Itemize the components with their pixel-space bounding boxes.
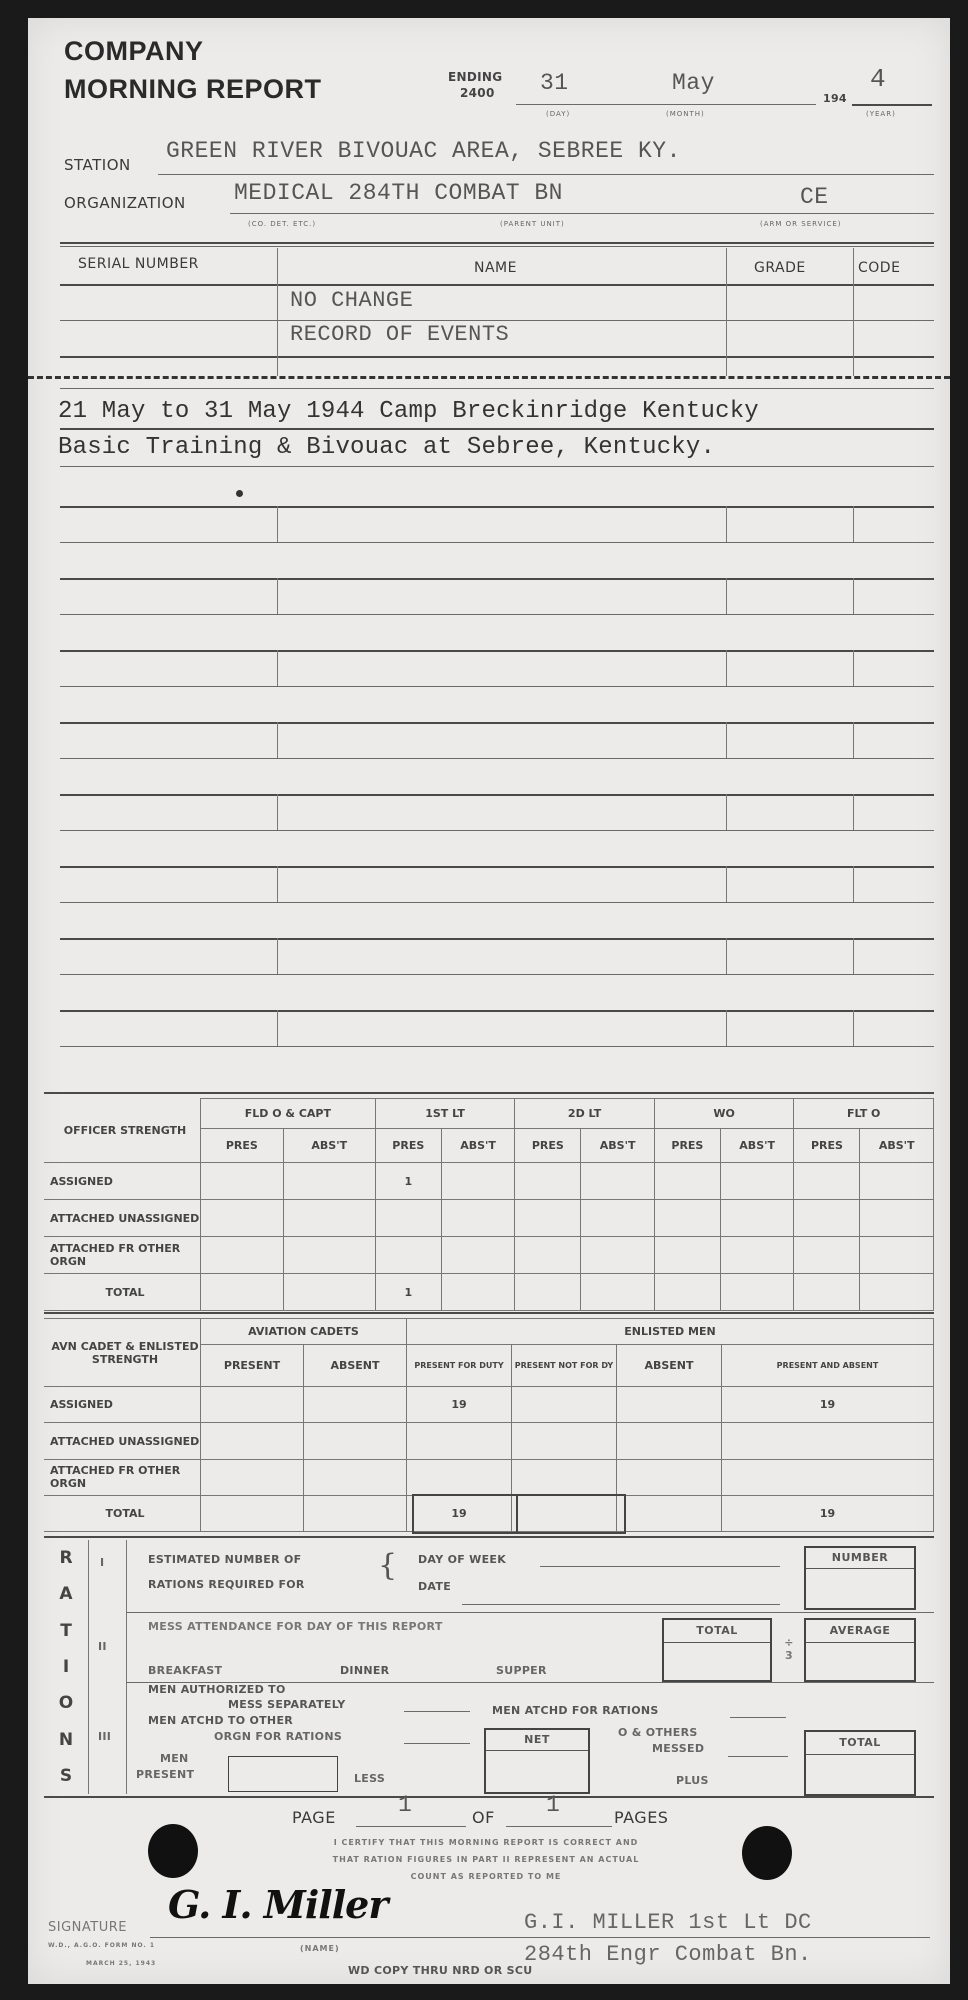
enlisted-row-label: ATTACHED UNASSIGNED [44,1423,201,1459]
enlisted-row-label: ATTACHED FR OTHER ORGN [44,1459,201,1495]
officer-cell[interactable] [515,1163,581,1200]
officer-row-label: TOTAL [44,1274,201,1311]
enlisted-cell[interactable] [407,1459,512,1495]
atchd-for-rations-label: MEN ATCHD FOR RATIONS [492,1704,659,1717]
of-label: OF [472,1808,495,1827]
enlisted-cell[interactable] [512,1387,617,1423]
officer-cell[interactable] [654,1274,720,1311]
organization-value: MEDICAL 284TH COMBAT BN [234,180,563,206]
punch-hole-left [148,1824,198,1878]
entry-record-of-events: RECORD OF EVENTS [290,322,509,347]
group-1st-lt: 1ST LT [375,1099,515,1129]
others-label-1: O & OTHERS [618,1726,698,1739]
caption-day: (DAY) [546,110,570,118]
sub-abst: ABS'T [283,1129,375,1163]
arm-or-service-value: CE [800,184,829,210]
officer-cell[interactable] [201,1274,284,1311]
officer-cell[interactable] [581,1274,655,1311]
rations-letter: A [59,1584,72,1604]
sub-pres: PRES [654,1129,720,1163]
caption-co-det: (CO. DET. ETC.) [248,220,316,228]
officer-row-label: ASSIGNED [44,1163,201,1200]
enlisted-cell[interactable] [617,1423,722,1459]
enlisted-cell[interactable] [722,1423,934,1459]
authorized-label-1: MEN AUTHORIZED TO [148,1683,286,1696]
net-box[interactable]: NET [484,1728,590,1794]
part-ii-roman: II [98,1640,107,1653]
date-label: DATE [418,1580,451,1593]
divide-by-three: ÷ 3 [780,1636,798,1662]
officer-cell[interactable] [794,1237,860,1274]
col-serial-number: SERIAL NUMBER [78,256,199,272]
pages-label: PAGES [614,1808,668,1827]
typed-name-grade: G.I. MILLER 1st Lt DC [524,1910,812,1935]
year-prefix: 194 [823,92,847,105]
group-fld-o-capt: FLD O & CAPT [201,1099,376,1129]
sub-pres: PRES [375,1129,441,1163]
atchd-other-label-2: ORGN FOR RATIONS [214,1730,342,1743]
officer-row: ATTACHED UNASSIGNED [44,1200,934,1237]
officer-cell[interactable] [441,1200,515,1237]
supper-label: SUPPER [496,1664,547,1677]
officer-cell[interactable] [515,1274,581,1311]
enlisted-row-label: TOTAL [44,1495,201,1531]
caption-year: (YEAR) [866,110,896,118]
enlisted-cell[interactable] [512,1423,617,1459]
officer-cell[interactable] [720,1237,794,1274]
form-title-line1: COMPANY [64,38,204,65]
number-label: NUMBER [806,1548,914,1569]
officer-cell[interactable] [654,1163,720,1200]
col-present-not-for-duty: PRESENT NOT FOR DY [512,1345,617,1387]
col-cadets-present: PRESENT [201,1345,304,1387]
average-label: AVERAGE [806,1620,914,1643]
enlisted-cell[interactable] [201,1423,304,1459]
sub-abst: ABS'T [581,1129,655,1163]
signature-label: SIGNATURE [48,1920,127,1935]
rations-total-label: TOTAL [806,1732,914,1755]
sub-pres: PRES [794,1129,860,1163]
enlisted-cell[interactable] [617,1387,722,1423]
others-label-2: MESSED [652,1742,704,1755]
officer-cell[interactable] [794,1200,860,1237]
sub-pres: PRES [515,1129,581,1163]
officer-strength-title: OFFICER STRENGTH [44,1099,201,1163]
officer-cell[interactable] [794,1274,860,1311]
enlisted-cell[interactable]: 19 [722,1387,934,1423]
atchd-other-label-1: MEN ATCHD TO OTHER [148,1714,293,1727]
sub-pres: PRES [201,1129,284,1163]
dinner-label: DINNER [340,1664,389,1677]
rations-letter: S [60,1766,72,1786]
page-label: PAGE [292,1808,336,1827]
officer-cell[interactable] [283,1274,375,1311]
ending-time: 2400 [460,86,495,100]
col-present-and-absent: PRESENT AND ABSENT [722,1345,934,1387]
month-value: May [672,70,715,96]
year-suffix: 4 [870,64,886,94]
officer-row-label: ATTACHED FR OTHER ORGN [44,1237,201,1274]
typed-unit: 284th Engr Combat Bn. [524,1942,812,1967]
rations-letter: N [59,1730,73,1750]
officer-cell[interactable] [201,1163,284,1200]
col-enlisted-absent: ABSENT [617,1345,722,1387]
enlisted-row: ATTACHED UNASSIGNED [44,1423,934,1459]
enlisted-strength-title: AVN CADET & ENLISTED STRENGTH [44,1319,201,1387]
average-box[interactable]: AVERAGE [804,1618,916,1682]
net-label: NET [486,1730,588,1751]
caption-name: (NAME) [300,1944,340,1953]
record-line-1: 21 May to 31 May 1944 Camp Breckinridge … [58,398,759,425]
officer-cell[interactable] [375,1237,441,1274]
enlisted-cell[interactable] [304,1495,407,1531]
officer-cell[interactable] [441,1274,515,1311]
officer-cell[interactable]: 1 [375,1163,441,1200]
part-iii-roman: III [98,1730,111,1743]
officer-row-label: ATTACHED UNASSIGNED [44,1200,201,1237]
total-present-not-for-duty-box [516,1494,626,1534]
officer-cell[interactable] [515,1200,581,1237]
enlisted-cell[interactable] [201,1459,304,1495]
officer-cell[interactable] [283,1237,375,1274]
form-number: W.D., A.G.O. FORM NO. 1 [48,1942,155,1949]
ink-dot [236,490,243,497]
rations-letter: I [63,1657,69,1677]
plus-label: PLUS [676,1774,709,1787]
enlisted-cell[interactable] [304,1459,407,1495]
officer-cell[interactable] [375,1200,441,1237]
rations-total-box[interactable]: TOTAL [804,1730,916,1796]
form-title-line2: MORNING REPORT [64,76,322,103]
brace-icon: { [378,1548,397,1583]
breakfast-label: BREAKFAST [148,1664,222,1677]
rations-letter: O [59,1693,73,1713]
caption-parent-unit: (PARENT UNIT) [500,220,565,228]
station-label: STATION [64,156,131,174]
enlisted-row-label: ASSIGNED [44,1387,201,1423]
enlisted-row: ASSIGNED1919 [44,1387,934,1423]
officer-cell[interactable] [515,1237,581,1274]
enlisted-cell[interactable] [512,1459,617,1495]
enlisted-row: ATTACHED FR OTHER ORGN [44,1459,934,1495]
certify-line-3: COUNT AS REPORTED TO ME [266,1872,706,1881]
total-present-for-duty-box [412,1494,518,1534]
signature: G. I. Miller [168,1882,387,1927]
officer-cell[interactable] [441,1163,515,1200]
officer-cell[interactable]: 1 [375,1274,441,1311]
wd-copy-note: WD COPY THRU NRD OR SCU [348,1964,532,1977]
officer-cell[interactable] [201,1237,284,1274]
officer-row: ATTACHED FR OTHER ORGN [44,1237,934,1274]
caption-arm-service: (ARM OR SERVICE) [760,220,842,228]
sub-abst: ABS'T [720,1129,794,1163]
page-number: 1 [398,1792,412,1818]
form-date: MARCH 25, 1943 [86,1960,156,1967]
punch-hole-right [742,1826,792,1880]
enlisted-cell[interactable] [201,1495,304,1531]
officer-cell[interactable] [654,1200,720,1237]
mess-attendance-label: MESS ATTENDANCE FOR DAY OF THIS REPORT [148,1620,443,1633]
rations-side-label: RATIONS [44,1540,88,1794]
rations-letter: R [59,1548,72,1568]
group-flt-o: FLT O [794,1099,934,1129]
men-present-box[interactable] [228,1756,338,1792]
officer-cell[interactable] [860,1237,934,1274]
part-i-text-1: ESTIMATED NUMBER OF [148,1553,301,1566]
mess-total-box[interactable]: TOTAL [662,1618,772,1682]
officer-cell[interactable] [860,1274,934,1311]
enlisted-cell[interactable] [407,1423,512,1459]
record-line-2: Basic Training & Bivouac at Sebree, Kent… [58,434,715,461]
officer-row: ASSIGNED1 [44,1163,934,1200]
page-total: 1 [546,1792,560,1818]
enlisted-cell[interactable] [617,1459,722,1495]
col-code: CODE [858,260,900,276]
organization-label: ORGANIZATION [64,194,186,212]
col-grade: GRADE [754,260,806,276]
officer-strength-table: OFFICER STRENGTH FLD O & CAPT 1ST LT 2D … [44,1098,934,1311]
enlisted-cell[interactable] [617,1495,722,1531]
certify-line-1: I CERTIFY THAT THIS MORNING REPORT IS CO… [266,1838,706,1847]
col-name: NAME [474,260,517,276]
officer-cell[interactable] [860,1200,934,1237]
officer-cell[interactable] [581,1200,655,1237]
authorized-label-2: MESS SEPARATELY [228,1698,346,1711]
ending-label: ENDING [448,70,502,84]
officer-cell[interactable] [441,1237,515,1274]
col-present-for-duty: PRESENT FOR DUTY [407,1345,512,1387]
group-2d-lt: 2D LT [515,1099,655,1129]
enlisted-cell[interactable]: 19 [407,1387,512,1423]
officer-cell[interactable] [654,1237,720,1274]
officer-cell[interactable] [283,1200,375,1237]
officer-cell[interactable] [283,1163,375,1200]
officer-cell[interactable] [860,1163,934,1200]
officer-row: TOTAL1 [44,1274,934,1311]
day-of-week-label: DAY OF WEEK [418,1553,506,1566]
less-label: LESS [354,1772,385,1785]
men-present-label-2: PRESENT [136,1768,194,1781]
officer-cell[interactable] [581,1163,655,1200]
sub-abst: ABS'T [860,1129,934,1163]
col-cadets-absent: ABSENT [304,1345,407,1387]
officer-cell[interactable] [720,1163,794,1200]
rations-letter: T [60,1621,72,1641]
number-box[interactable]: NUMBER [804,1546,916,1610]
officer-cell[interactable] [720,1274,794,1311]
entry-no-change: NO CHANGE [290,288,413,313]
enlisted-cell[interactable] [304,1387,407,1423]
caption-month: (MONTH) [666,110,705,118]
officer-cell[interactable] [720,1200,794,1237]
day-value: 31 [540,70,569,96]
part-i-text-2: RATIONS REQUIRED FOR [148,1578,305,1591]
enlisted-cell[interactable] [304,1423,407,1459]
group-wo: WO [654,1099,794,1129]
enlisted-cell[interactable] [201,1387,304,1423]
officer-cell[interactable] [201,1200,284,1237]
group-aviation-cadets: AVIATION CADETS [201,1319,407,1345]
officer-cell[interactable] [794,1163,860,1200]
certify-line-2: THAT RATION FIGURES IN PART II REPRESENT… [266,1855,706,1864]
sub-abst: ABS'T [441,1129,515,1163]
part-i-roman: I [100,1556,104,1569]
enlisted-cell[interactable]: 19 [722,1495,934,1531]
men-present-label-1: MEN [160,1752,189,1765]
group-enlisted-men: ENLISTED MEN [407,1319,934,1345]
mess-total-label: TOTAL [664,1620,770,1643]
station-value: GREEN RIVER BIVOUAC AREA, SEBREE KY. [166,138,681,164]
officer-cell[interactable] [581,1237,655,1274]
enlisted-cell[interactable] [722,1459,934,1495]
